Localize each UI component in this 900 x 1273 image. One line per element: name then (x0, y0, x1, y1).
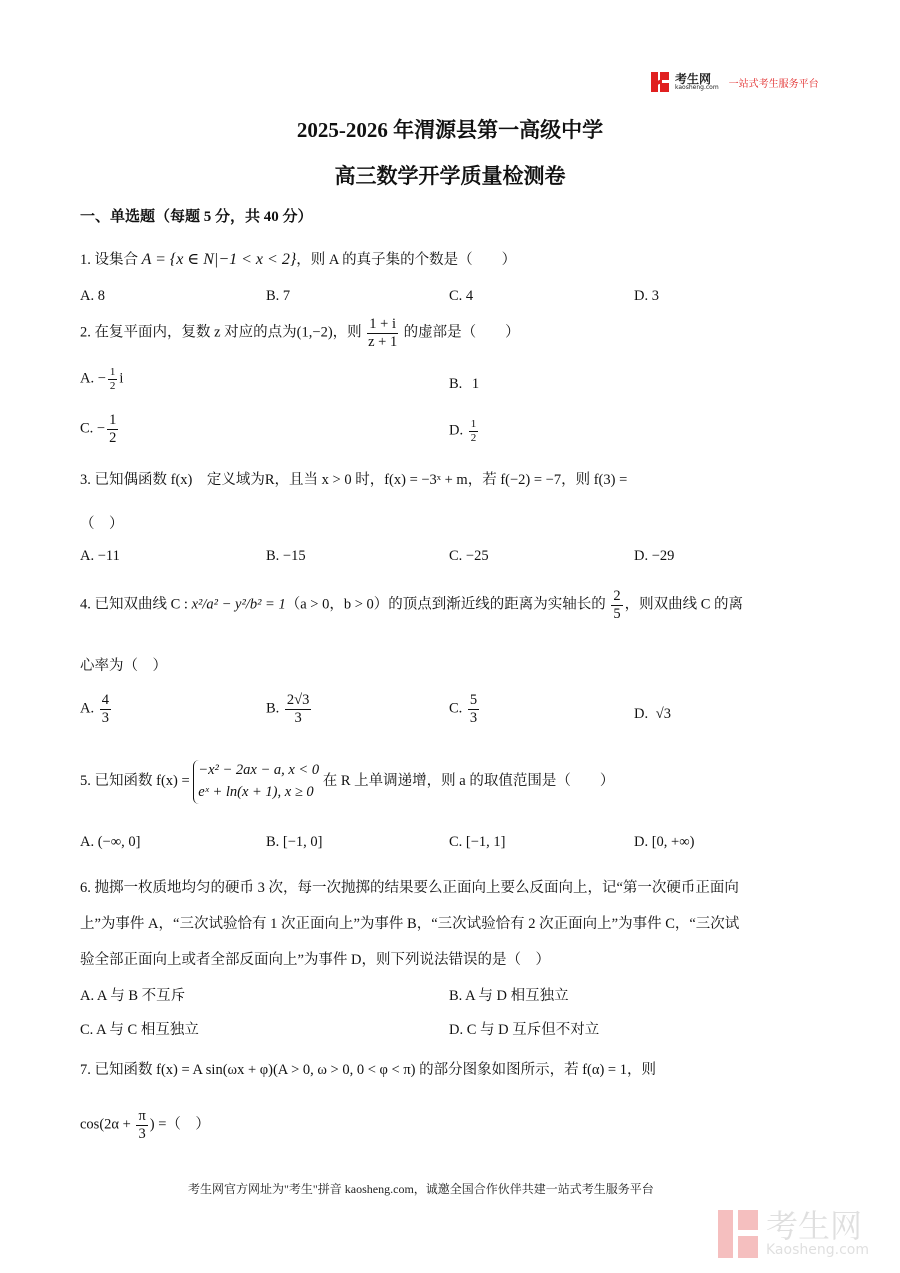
numerator: π (136, 1108, 147, 1126)
question-2: 2. 在复平面内，复数 z 对应的点为(1,−2)，则 1 + iz + 1 的… (80, 316, 520, 350)
question-number: 3. (80, 472, 91, 488)
fraction: 12 (469, 418, 479, 444)
question-text: 已知偶函数 f(x) 定义域为R，且当 x > 0 时，f(x) = −3ˣ +… (95, 472, 628, 488)
question-number: 7. (80, 1062, 91, 1078)
kaosheng-logo[interactable]: 考生网 kaosheng.com 一站式考生服务平台 (651, 72, 819, 92)
question-4: 4. 已知双曲线 C : x²/a² − y²/b² = 1（a > 0，b >… (80, 588, 743, 622)
question-text: 已知函数 f(x) = A sin(ωx + φ)(A > 0, ω > 0, … (95, 1062, 656, 1078)
numerator: 2 (611, 588, 622, 606)
case-2: eˣ + ln(x + 1), x ≥ 0 (198, 782, 319, 804)
question-number: 6. (80, 880, 91, 896)
option-label: B. (449, 376, 462, 392)
question-number: 4. (80, 597, 91, 613)
numerator: 1 (107, 412, 118, 430)
numerator: 1 + i (367, 316, 398, 334)
math-expression: cos(2α + (80, 1117, 131, 1133)
question-7-line2: cos(2α + π3) =（ ） (80, 1108, 210, 1142)
fraction: 25 (611, 588, 622, 622)
option-label: D. (449, 422, 463, 438)
q5-option-a[interactable]: A. (−∞, 0] (80, 834, 140, 851)
logo-en: kaosheng.com (675, 85, 719, 91)
q4-option-c[interactable]: C. 53 (449, 692, 481, 726)
logo-slogan: 一站式考生服务平台 (729, 75, 819, 90)
question-6: 6. 抛掷一枚质地均匀的硬币 3 次，每一次抛掷的结果要么正面向上要么反面向上，… (80, 876, 739, 897)
denominator: 3 (470, 710, 477, 727)
q3-option-c[interactable]: C. −25 (449, 548, 489, 565)
denominator: 2 (109, 430, 116, 447)
q1-option-d[interactable]: D. 3 (634, 288, 659, 305)
q2-option-c[interactable]: C. −12 (80, 412, 120, 446)
question-4-cont: 心率为（ ） (80, 654, 167, 675)
question-6-line2: 上”为事件 A，“三次试验恰有 1 次正面向上”为事件 B，“三次试验恰有 2 … (80, 912, 739, 933)
q3-option-b[interactable]: B. −15 (266, 548, 306, 565)
q1-option-b[interactable]: B. 7 (266, 288, 290, 305)
fraction: 12 (108, 366, 118, 392)
question-text: ，则 A 的真子集的个数是（ ） (296, 252, 516, 268)
watermark: 考生网 Kaosheng.com (718, 1210, 869, 1258)
q1-option-a[interactable]: A. 8 (80, 288, 105, 305)
q2-option-b[interactable]: B. 1 (449, 376, 479, 393)
minus-sign: − (98, 370, 106, 386)
watermark-cn: 考生网 (766, 1210, 869, 1242)
question-5: 5. 已知函数 f(x) = −x² − 2ax − a, x < 0 eˣ +… (80, 760, 614, 804)
math-expression: ) =（ ） (150, 1117, 210, 1133)
question-text: 在复平面内，复数 z 对应的点为(1,−2)，则 (95, 325, 362, 341)
q3-option-d[interactable]: D. −29 (634, 548, 674, 565)
q4-option-d[interactable]: D. √3 (634, 706, 671, 723)
q6-option-b[interactable]: B. A 与 D 相互独立 (449, 984, 569, 1005)
question-text: 设集合 (95, 252, 139, 268)
fraction: 43 (100, 692, 111, 726)
hyperbola-equation: x²/a² − y²/b² = 1 (192, 597, 286, 613)
numerator: 5 (468, 692, 479, 710)
numerator: 4 (100, 692, 111, 710)
q5-option-c[interactable]: C. [−1, 1] (449, 834, 506, 851)
fraction: 1 + iz + 1 (367, 316, 398, 350)
footer-text: 考生网官方网址为"考生"拼音 kaosheng.com，诚邀全国合作伙伴共建一站… (188, 1180, 654, 1197)
option-value: √3 (656, 706, 671, 722)
case-1: −x² − 2ax − a, x < 0 (198, 760, 319, 782)
question-text: 的虚部是（ ） (404, 325, 520, 341)
denominator: 3 (102, 710, 109, 727)
denominator: 2 (110, 380, 116, 393)
question-text: 已知双曲线 C : (95, 597, 188, 613)
question-1: 1. 设集合 A = {x ∈ N|−1 < x < 2}，则 A 的真子集的个… (80, 248, 516, 269)
question-text: 在 R 上单调递增，则 a 的取值范围是（ ） (323, 773, 615, 789)
watermark-en: Kaosheng.com (766, 1242, 869, 1258)
option-label: C. (449, 701, 462, 717)
question-number: 1. (80, 252, 91, 268)
question-number: 5. (80, 773, 91, 789)
q4-option-a[interactable]: A. 43 (80, 692, 113, 726)
option-label: A. (80, 701, 94, 717)
kaosheng-watermark-icon (718, 1210, 758, 1258)
denominator: 2 (471, 432, 477, 445)
exam-title-line1: 2025-2026 年渭源县第一高级中学 (0, 114, 900, 144)
denominator: 5 (613, 606, 620, 623)
minus-sign: − (97, 421, 105, 437)
denominator: z + 1 (368, 334, 397, 351)
option-label: B. (266, 701, 279, 717)
fraction: 12 (107, 412, 118, 446)
numerator: 1 (469, 418, 479, 432)
q6-option-c[interactable]: C. A 与 C 相互独立 (80, 1018, 199, 1039)
option-value: 1 (472, 376, 479, 392)
option-label: A. (80, 370, 94, 386)
q5-option-b[interactable]: B. [−1, 0] (266, 834, 323, 851)
fraction: π3 (136, 1108, 147, 1142)
exam-title-line2: 高三数学开学质量检测卷 (0, 160, 900, 190)
question-3: 3. 已知偶函数 f(x) 定义域为R，且当 x > 0 时，f(x) = −3… (80, 468, 627, 489)
imag-unit: i (119, 370, 123, 386)
numerator: 2√3 (285, 692, 311, 710)
q2-option-d[interactable]: D. 12 (449, 418, 480, 444)
numerator: 1 (108, 366, 118, 380)
option-label: D. (634, 706, 648, 722)
fraction: 53 (468, 692, 479, 726)
q4-option-b[interactable]: B. 2√33 (266, 692, 313, 726)
fraction: 2√33 (285, 692, 311, 726)
section-heading: 一、单选题（每题 5 分，共 40 分） (80, 205, 313, 226)
option-label: C. (80, 421, 93, 437)
question-number: 2. (80, 325, 91, 341)
denominator: 3 (138, 1126, 145, 1143)
denominator: 3 (295, 710, 302, 727)
question-3-cont: （ ） (80, 512, 124, 533)
question-text: （a > 0，b > 0）的顶点到渐近线的距离为实轴长的 (286, 597, 606, 613)
piecewise-function: −x² − 2ax − a, x < 0 eˣ + ln(x + 1), x ≥… (193, 760, 319, 804)
q6-option-d[interactable]: D. C 与 D 互斥但不对立 (449, 1018, 599, 1039)
q3-option-a[interactable]: A. −11 (80, 548, 120, 565)
q5-option-d[interactable]: D. [0, +∞) (634, 834, 694, 851)
math-expression: A = {x ∈ N|−1 < x < 2} (142, 251, 297, 268)
q2-option-a[interactable]: A. −12i (80, 366, 123, 392)
question-6-line3: 验全部正面向上或者全部反面向上”为事件 D，则下列说法错误的是（ ） (80, 948, 550, 969)
q6-option-a[interactable]: A. A 与 B 不互斥 (80, 984, 185, 1005)
question-text: ，则双曲线 C 的离 (625, 597, 743, 613)
kaosheng-logo-icon (651, 72, 669, 92)
question-text: 已知函数 f(x) = (95, 773, 190, 789)
question-7: 7. 已知函数 f(x) = A sin(ωx + φ)(A > 0, ω > … (80, 1058, 656, 1079)
question-text: 抛掷一枚质地均匀的硬币 3 次，每一次抛掷的结果要么正面向上要么反面向上，记“第… (95, 880, 739, 896)
q1-option-c[interactable]: C. 4 (449, 288, 473, 305)
